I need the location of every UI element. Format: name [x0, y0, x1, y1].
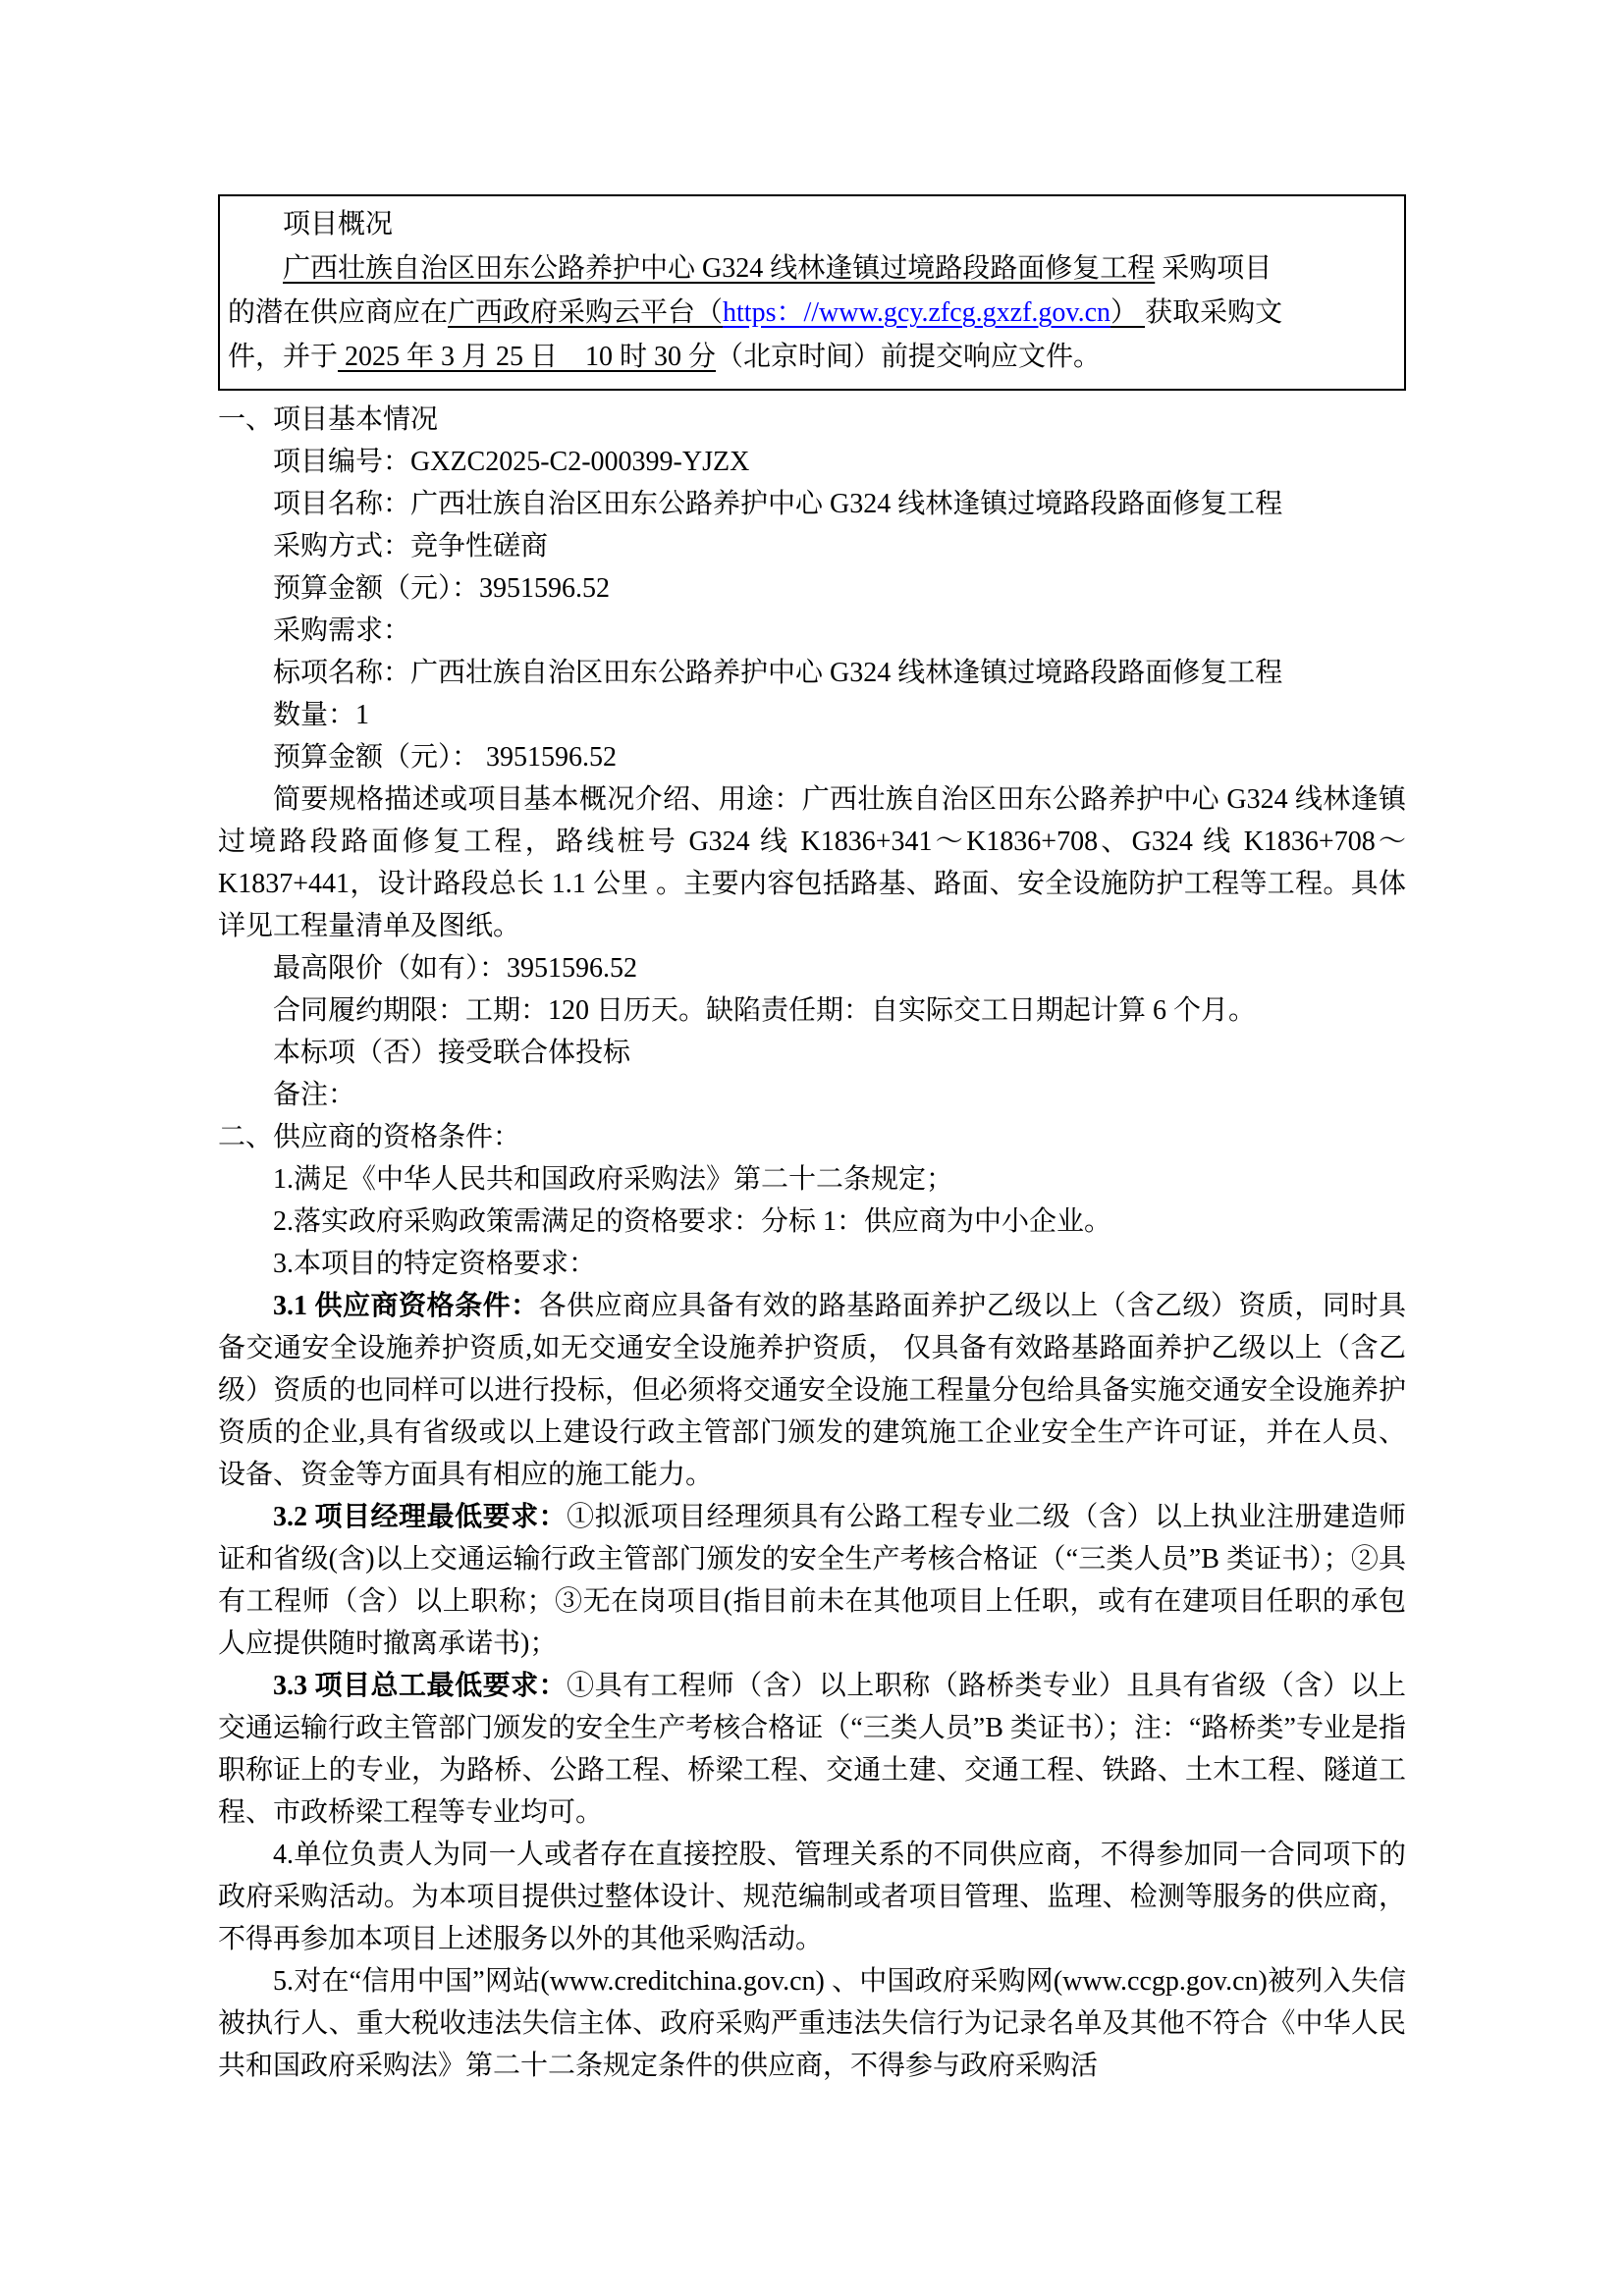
deadline-post: （北京时间）前提交响应文件。: [716, 342, 1101, 372]
supplier-qualification-lead: 3.1 供应商资格条件：: [273, 1291, 539, 1321]
chief-engineer-lead: 3.3 项目总工最低要求：: [273, 1671, 567, 1701]
deadline-datetime: 2025 年 3 月 25 日 10 时 30 分: [338, 342, 716, 372]
chief-engineer-paragraph: 3.3 项目总工最低要求：①具有工程师（含）以上职称（路桥类专业）且具有省级（含…: [218, 1665, 1406, 1834]
max-price-line: 最高限价（如有）：3951596.52: [218, 947, 1406, 989]
project-number-line: 项目编号：GXZC2025-C2-000399-YJZX: [218, 441, 1406, 483]
overview-title: 项目概况: [228, 202, 1394, 246]
project-name-line: 项目名称：广西壮族自治区田东公路养护中心 G324 线林逢镇过境路段路面修复工程: [218, 483, 1406, 525]
credit-china-paragraph: 5.对在“信用中国”网站(www.creditchina.gov.cn) 、中国…: [218, 1960, 1406, 2087]
project-manager-paragraph: 3.2 项目经理最低要求：①拟派项目经理须具有公路工程专业二级（含）以上执业注册…: [218, 1496, 1406, 1665]
platform-line-pre: 的潜在供应商应在: [228, 297, 448, 328]
same-legal-person-paragraph: 4.单位负责人为同一人或者存在直接控股、管理关系的不同供应商，不得参加同一合同项…: [218, 1834, 1406, 1960]
budget-amount-line: 预算金额（元）：3951596.52: [218, 567, 1406, 610]
document-page: 项目概况 广西壮族自治区田东公路养护中心 G324 线林逢镇过境路段路面修复工程…: [0, 0, 1624, 2296]
bid-item-name-line: 标项名称：广西壮族自治区田东公路养护中心 G324 线林逢镇过境路段路面修复工程: [218, 652, 1406, 694]
section2-heading: 二、供应商的资格条件：: [218, 1116, 1406, 1158]
remarks-line: 备注：: [218, 1074, 1406, 1116]
overview-platform-line: 的潜在供应商应在广西政府采购云平台（https：//www.gcy.zfcg.g…: [228, 291, 1394, 335]
project-manager-lead: 3.2 项目经理最低要求：: [273, 1502, 567, 1532]
project-suffix: 采购项目: [1155, 253, 1272, 284]
consortium-bid-line: 本标项（否）接受联合体投标: [218, 1032, 1406, 1074]
overview-deadline-line: 件，并于 2025 年 3 月 25 日 10 时 30 分（北京时间）前提交响…: [228, 335, 1394, 379]
bid-budget-amount-line: 预算金额（元）： 3951596.52: [218, 736, 1406, 778]
deadline-pre: 件，并于: [228, 342, 338, 372]
quantity-line: 数量：1: [218, 694, 1406, 736]
platform-line-post: 获取采购文: [1145, 297, 1282, 328]
qualification-item-3: 3.本项目的特定资格要求：: [218, 1243, 1406, 1285]
project-summary-paragraph: 简要规格描述或项目基本概况介绍、用途：广西壮族自治区田东公路养护中心 G324 …: [218, 778, 1406, 947]
supplier-qualification-paragraph: 3.1 供应商资格条件：各供应商应具备有效的路基路面养护乙级以上（含乙级）资质，…: [218, 1285, 1406, 1496]
platform-name: 广西政府采购云平台（: [448, 297, 723, 328]
project-name-underlined: 广西壮族自治区田东公路养护中心 G324 线林逢镇过境路段路面修复工程: [283, 253, 1155, 284]
section1-heading: 一、项目基本情况: [218, 399, 1406, 441]
procurement-method-line: 采购方式：竞争性磋商: [218, 525, 1406, 567]
contract-period-line: 合同履约期限：工期：120 日历天。缺陷责任期：自实际交工日期起计算 6 个月。: [218, 989, 1406, 1032]
procurement-platform-link[interactable]: https：//www.gcy.zfcg.gxzf.gov.cn: [723, 297, 1110, 328]
qualification-item-1: 1.满足《中华人民共和国政府采购法》第二十二条规定；: [218, 1158, 1406, 1201]
overview-project-line: 广西壮族自治区田东公路养护中心 G324 线林逢镇过境路段路面修复工程 采购项目: [228, 246, 1394, 291]
platform-close-paren: ）: [1110, 297, 1145, 328]
procurement-demand-line: 采购需求：: [218, 610, 1406, 652]
project-overview-box: 项目概况 广西壮族自治区田东公路养护中心 G324 线林逢镇过境路段路面修复工程…: [218, 194, 1406, 391]
qualification-item-2: 2.落实政府采购政策需满足的资格要求：分标 1：供应商为中小企业。: [218, 1201, 1406, 1243]
